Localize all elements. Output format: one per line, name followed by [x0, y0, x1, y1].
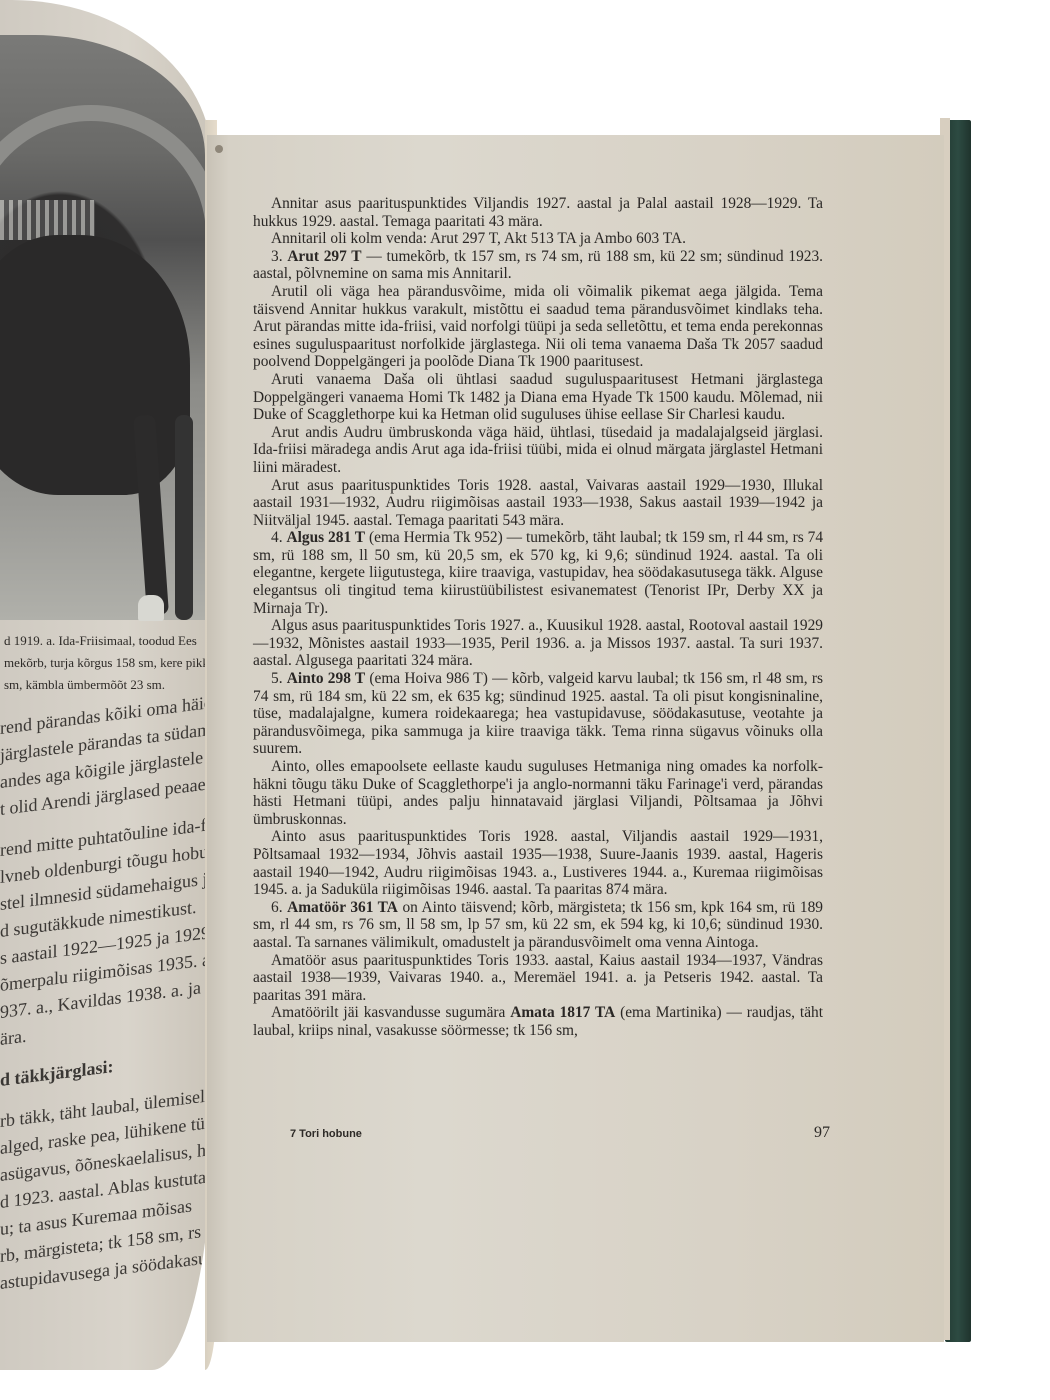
paragraph: Annitaril oli kolm venda: Arut 297 T, Ak…: [253, 230, 823, 248]
paper-spot: [215, 145, 223, 153]
horse-leg: [175, 415, 193, 620]
paragraph: Amatöör asus paarituspunktides Toris 193…: [253, 952, 823, 1005]
paragraph: Amatöörilt jäi kasvandusse sugumära Amat…: [253, 1004, 823, 1039]
paragraph: Aruti vanaema Daša oli ühtlasi saadud su…: [253, 371, 823, 424]
paragraph-text: Ainto asus paarituspunktides Toris 1928.…: [253, 828, 823, 898]
photo-caption: d 1919. a. Ida-Friisimaal, toodud Ees me…: [0, 630, 212, 696]
horse-name: Ainto 298 T: [287, 670, 365, 687]
paragraph: 5. Ainto 298 T (ema Hoiva 986 T) — kõrb,…: [253, 670, 823, 758]
paragraph-text: Annitar asus paarituspunktides Viljandis…: [253, 195, 823, 230]
caption-line: mekõrb, turja kõrgus 158 sm, kere pikk: [0, 652, 212, 674]
caption-line: d 1919. a. Ida-Friisimaal, toodud Ees: [0, 630, 212, 652]
paragraph-text: 5.: [271, 670, 287, 687]
horse-name: Arut 297 T: [287, 248, 361, 265]
left-page-text: rend pärandas kõiki oma häid omajärglast…: [0, 689, 212, 1297]
paragraph-text: Arut andis Audru ümbruskonda väga häid, …: [253, 424, 823, 476]
paragraph-text: Amatöör asus paarituspunktides Toris 193…: [253, 952, 823, 1004]
paragraph: Annitar asus paarituspunktides Viljandis…: [253, 195, 823, 230]
left-page: d 1919. a. Ida-Friisimaal, toodud Ees me…: [0, 0, 212, 1370]
paragraph: Ainto, olles emapoolsete eellaste kaudu …: [253, 758, 823, 828]
paragraph-text: Ainto, olles emapoolsete eellaste kaudu …: [253, 758, 823, 828]
paragraph-text: Arut asus paarituspunktides Toris 1928. …: [253, 477, 823, 529]
paragraph: Arut andis Audru ümbruskonda väga häid, …: [253, 424, 823, 477]
photo-grille: [0, 200, 95, 240]
horse-name: Amatöör 361 TA: [287, 899, 398, 916]
paragraph: 3. Arut 297 T — tumekõrb, tk 157 sm, rs …: [253, 248, 823, 283]
paragraph: Arut asus paarituspunktides Toris 1928. …: [253, 477, 823, 530]
horse-photograph: [0, 35, 205, 620]
paragraph-text: Algus asus paarituspunktides Toris 1927.…: [253, 617, 823, 669]
page-number: 97: [814, 1124, 830, 1142]
paragraph-text: 3.: [271, 248, 287, 265]
paragraph-text: Amatöörilt jäi kasvandusse sugumära: [271, 1004, 510, 1021]
paragraph-text: Annitaril oli kolm venda: Arut 297 T, Ak…: [271, 230, 686, 247]
paragraph-text: 6.: [271, 899, 287, 916]
right-page-body: Annitar asus paarituspunktides Viljandis…: [253, 195, 823, 1040]
paragraph: 6. Amatöör 361 TA on Ainto täisvend; kõr…: [253, 899, 823, 952]
paragraph-text: Aruti vanaema Daša oli ühtlasi saadud su…: [253, 371, 823, 423]
paragraph: Arutil oli väga hea pärandusvõime, mida …: [253, 283, 823, 371]
paragraph: Ainto asus paarituspunktides Toris 1928.…: [253, 828, 823, 898]
paragraph: Algus asus paarituspunktides Toris 1927.…: [253, 617, 823, 670]
horse-hoof: [138, 595, 164, 621]
paragraph-text: Arutil oli väga hea pärandusvõime, mida …: [253, 283, 823, 370]
paragraph-text: 4.: [271, 529, 286, 546]
horse-name: Amata 1817 TA: [510, 1004, 615, 1021]
signature-mark: 7 Tori hobune: [290, 1128, 362, 1140]
horse-name: Algus 281 T: [286, 529, 365, 546]
paragraph: 4. Algus 281 T (ema Hermia Tk 952) — tum…: [253, 529, 823, 617]
